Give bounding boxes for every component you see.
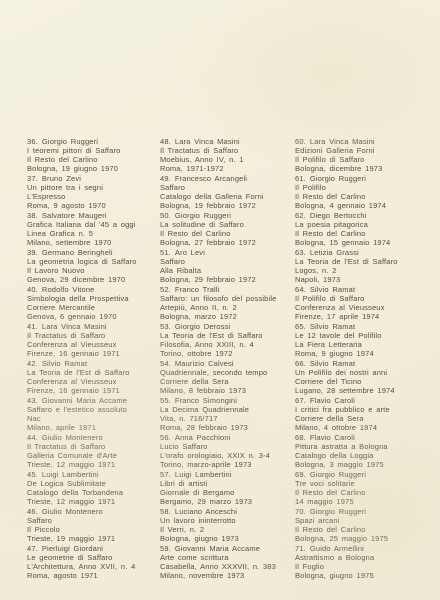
entry-author: Giovanni Maria Accame — [42, 396, 127, 405]
entry-number-author: 52.Franco Tralli — [160, 285, 294, 294]
bib-column: 60.Lara Vinca MasiniEdizioni Galleria Fo… — [295, 137, 429, 581]
bibliography-entry: 36.Giorgio RuggeriI teoremi pittori di S… — [27, 137, 161, 173]
entry-line: Un Polifilo dei nostri anni — [295, 368, 429, 377]
entry-author: Aro Levi — [175, 248, 205, 257]
entry-line: Vita, n. 716/717 — [160, 414, 294, 423]
entry-number-author: 39.Germano Beringheli — [27, 248, 161, 257]
entry-author: Luigi Lambertini — [175, 470, 232, 479]
bibliography-entry: 46.Giulio MonteneroSaffaroIl PiccoloTrie… — [27, 507, 161, 543]
bibliography-entry: 56.Anna PacchioniLucio SaffaroL'orafo or… — [160, 433, 294, 469]
entry-line: Bologna, dicembre 1973 — [295, 164, 429, 173]
entry-author: Lara Vinca Masini — [310, 137, 375, 146]
entry-number: 64. — [295, 285, 306, 294]
entry-number: 49. — [160, 174, 171, 183]
entry-number: 54. — [160, 359, 171, 368]
entry-number: 40. — [27, 285, 38, 294]
entry-number-author: 70.Giorgio Ruggeri — [295, 507, 429, 516]
entry-line: La Teoria de l'Est di Saffaro — [27, 368, 161, 377]
entry-line: De Logica Sublimitate — [27, 479, 161, 488]
entry-author: Flavio Caroli — [310, 396, 355, 405]
entry-author: Giorgio Ruggeri — [310, 470, 366, 479]
entry-number: 66. — [295, 359, 306, 368]
bibliography-entry: 57.Luigi LambertiniLibri di artistiGiorn… — [160, 470, 294, 506]
entry-line: Saffaro — [160, 257, 294, 266]
entry-number: 71. — [295, 544, 306, 553]
entry-author: Silvio Ramat — [310, 322, 355, 331]
entry-line: Bologna, 15 gennaio 1974 — [295, 238, 429, 247]
entry-author: Diego Bertocchi — [310, 211, 367, 220]
entry-line: Corriere della Sera — [295, 414, 429, 423]
entry-author: Luciano Anceschi — [175, 507, 237, 516]
entry-number: 50. — [160, 211, 171, 220]
entry-line: Roma, 9 giugno 1974 — [295, 349, 429, 358]
entry-number: 65. — [295, 322, 306, 331]
bibliography-entry: 51.Aro LeviSaffaroAlla RibaltaBologna, 2… — [160, 248, 294, 284]
entry-author: Giorgio Derossi — [175, 322, 230, 331]
entry-line: Bergamo, 29 marzo 1973 — [160, 497, 294, 506]
entry-author: Giorgio Ruggeri — [310, 174, 366, 183]
entry-number-author: 50.Giorgio Ruggeri — [160, 211, 294, 220]
entry-number-author: 45.Luigi Lambertini — [27, 470, 161, 479]
entry-line: Il Polifilo di Saffaro — [295, 294, 429, 303]
entry-line: Bologna, 25 maggio 1975 — [295, 534, 429, 543]
entry-line: Pittura astratta a Bologna — [295, 442, 429, 451]
entry-line: Saffaro: un filosofo del possibile — [160, 294, 294, 303]
entry-line: Corriere del Ticino — [295, 377, 429, 386]
entry-number: 62. — [295, 211, 306, 220]
entry-line: Grafica Italiana dal '45 a oggi — [27, 220, 161, 229]
entry-number: 44. — [27, 433, 38, 442]
entry-number: 52. — [160, 285, 171, 294]
entry-line: Torino, ottobre 1972 — [160, 349, 294, 358]
entry-number-author: 62.Diego Bertocchi — [295, 211, 429, 220]
entry-line: Milano, aprile 1971 — [27, 423, 161, 432]
entry-author: Lara Vinca Masini — [42, 322, 107, 331]
entry-line: Libri di artisti — [160, 479, 294, 488]
entry-line: Casabella, Anno XXXVII, n. 383 — [160, 562, 294, 571]
entry-line: Trieste, 19 maggio 1971 — [27, 534, 161, 543]
entry-line: I teoremi pittori di Saffaro — [27, 146, 161, 155]
bibliography-entry: 52.Franco TralliSaffaro: un filosofo del… — [160, 285, 294, 321]
bibliography-entry: 58.Luciano AnceschiUn lavoro ininterrott… — [160, 507, 294, 543]
entry-line: Il Piccolo — [27, 525, 161, 534]
bibliography-entry: 45.Luigi LambertiniDe Logica Sublimitate… — [27, 470, 161, 506]
entry-number: 69. — [295, 470, 306, 479]
entry-line: Il Lavoro Nuovo — [27, 266, 161, 275]
bibliography-entry: 55.Franco SimonginiLa Decima Quadriennal… — [160, 396, 294, 432]
entry-author: Franco Simongini — [175, 396, 237, 405]
entry-line: Saffaro — [27, 516, 161, 525]
entry-line: Alla Ribalta — [160, 266, 294, 275]
entry-line: Il Tractatus di Saffaro — [27, 331, 161, 340]
entry-line: Genova, 29 dicembre 1970 — [27, 275, 161, 284]
entry-line: Roma, 28 febbraio 1973 — [160, 423, 294, 432]
entry-line: Corriere Mercantile — [27, 303, 161, 312]
entry-line: La geometria logica di Saffaro — [27, 257, 161, 266]
entry-number: 60. — [295, 137, 306, 146]
bibliography-entry: 39.Germano BeringheliLa geometria logica… — [27, 248, 161, 284]
entry-line: Edizioni Galleria Forni — [295, 146, 429, 155]
entry-number-author: 57.Luigi Lambertini — [160, 470, 294, 479]
entry-number-author: 65.Silvio Ramat — [295, 322, 429, 331]
entry-line: Roma, 1971-1972 — [160, 164, 294, 173]
bibliography-page: 36.Giorgio RuggeriI teoremi pittori di S… — [0, 0, 440, 600]
entry-line: La Decima Quadriennale — [160, 405, 294, 414]
entry-number: 53. — [160, 322, 171, 331]
entry-line: Conferenza al Vieusseux — [295, 303, 429, 312]
bibliography-entry: 53.Giorgio DerossiLa Teoria de l'Est di … — [160, 322, 294, 358]
entry-line: Catalogo della Loggia — [295, 451, 429, 460]
entry-number: 41. — [27, 322, 38, 331]
entry-number: 48. — [160, 137, 171, 146]
entry-line: Lucio Saffaro — [160, 442, 294, 451]
entry-line: La Fiera Letteraria — [295, 340, 429, 349]
entry-author: Guido Armellini — [310, 544, 364, 553]
entry-number: 58. — [160, 507, 171, 516]
entry-author: Giulio Montenero — [42, 433, 103, 442]
entry-author: Pierluigi Giordani — [42, 544, 103, 553]
entry-line: Il Polifilo di Saffaro — [295, 155, 429, 164]
entry-line: Un lavoro ininterrotto — [160, 516, 294, 525]
entry-number-author: 41.Lara Vinca Masini — [27, 322, 161, 331]
entry-number-author: 64.Silvio Ramat — [295, 285, 429, 294]
entry-line: Quadriennale, secondo tempo — [160, 368, 294, 377]
entry-line: Astrattismo a Bologna — [295, 553, 429, 562]
entry-line: Le geometrie di Saffaro — [27, 553, 161, 562]
entry-line: Bologna, 3 maggio 1975 — [295, 460, 429, 469]
entry-line: Giornale di Bergamo — [160, 488, 294, 497]
entry-number-author: 55.Franco Simongini — [160, 396, 294, 405]
entry-number-author: 46.Giulio Montenero — [27, 507, 161, 516]
bibliography-entry: 41.Lara Vinca MasiniIl Tractatus di Saff… — [27, 322, 161, 358]
entry-number-author: 42.Silvio Ramat — [27, 359, 161, 368]
entry-line: L'Espresso — [27, 192, 161, 201]
entry-author: Flavio Caroli — [310, 433, 355, 442]
entry-line: Il Polifilo — [295, 183, 429, 192]
bib-column: 48.Lara Vinca MasiniIl Tractatus di Saff… — [160, 137, 294, 581]
entry-line: La poesia pitagorica — [295, 220, 429, 229]
entry-number: 39. — [27, 248, 38, 257]
entry-line: Milano, 8 febbraio 1973 — [160, 386, 294, 395]
entry-line: Il Resto del Carlino — [295, 525, 429, 534]
entry-author: Silvio Ramat — [310, 359, 355, 368]
entry-number-author: 54.Maurizio Calvesi — [160, 359, 294, 368]
bibliography-entry: 48.Lara Vinca MasiniIl Tractatus di Saff… — [160, 137, 294, 173]
entry-line: Artepiù, Anno II, n. 2 — [160, 303, 294, 312]
bibliography-entry: 42.Silvio RamatLa Teoria de l'Est di Saf… — [27, 359, 161, 395]
entry-number-author: 71.Guido Armellini — [295, 544, 429, 553]
entry-line: Spazi arcani — [295, 516, 429, 525]
entry-line: Catalogo della Galleria Forni — [160, 192, 294, 201]
entry-line: Simbologia della Prospettiva — [27, 294, 161, 303]
entry-author: Luigi Lambertini — [42, 470, 99, 479]
entry-line: Filosofia, Anno XXIII, n. 4 — [160, 340, 294, 349]
entry-line: Le 12 tavole del Polifilo — [295, 331, 429, 340]
bibliography-entry: 68.Flavio CaroliPittura astratta a Bolog… — [295, 433, 429, 469]
bibliography-entry: 64.Silvio RamatIl Polifilo di SaffaroCon… — [295, 285, 429, 321]
entry-number: 67. — [295, 396, 306, 405]
entry-line: Milano, novembre 1973 — [160, 571, 294, 580]
entry-line: La Teoria de l'Est di Saffaro — [295, 257, 429, 266]
entry-number-author: 36.Giorgio Ruggeri — [27, 137, 161, 146]
entry-author: Franco Tralli — [175, 285, 220, 294]
entry-line: Nac — [27, 414, 161, 423]
entry-author: Giorgio Ruggeri — [42, 137, 98, 146]
entry-author: Giovanni Maria Accame — [175, 544, 260, 553]
entry-author: Silvio Ramat — [310, 285, 355, 294]
entry-number: 61. — [295, 174, 306, 183]
entry-number-author: 43.Giovanni Maria Accame — [27, 396, 161, 405]
entry-number-author: 48.Lara Vinca Masini — [160, 137, 294, 146]
entry-number: 70. — [295, 507, 306, 516]
bibliography-entry: 44.Giulio MonteneroIl Tractatus di Saffa… — [27, 433, 161, 469]
entry-line: Il Tractatus di Saffaro — [160, 146, 294, 155]
entry-line: Bologna, marzo 1972 — [160, 312, 294, 321]
entry-line: Il Resto del Carlino — [295, 192, 429, 201]
entry-author: Giulio Montenero — [42, 507, 103, 516]
entry-line: Il Verri, n. 2 — [160, 525, 294, 534]
entry-author: Silvio Ramat — [42, 359, 87, 368]
entry-line: Bologna, giugno 1975 — [295, 571, 429, 580]
entry-line: Il Resto del Carlino — [295, 229, 429, 238]
entry-line: Genova, 6 gennaio 1970 — [27, 312, 161, 321]
entry-line: Firenze, 16 gennaio 1971 — [27, 386, 161, 395]
entry-number: 43. — [27, 396, 38, 405]
entry-line: Linea Grafica n. 5 — [27, 229, 161, 238]
entry-author: Giorgio Ruggeri — [175, 211, 231, 220]
entry-number-author: 61.Giorgio Ruggeri — [295, 174, 429, 183]
entry-line: La solitudine di Saffaro — [160, 220, 294, 229]
bibliography-entry: 49.Francesco ArcangeliSaffaroCatalogo de… — [160, 174, 294, 210]
entry-line: Bologna, 27 febbraio 1972 — [160, 238, 294, 247]
entry-number: 55. — [160, 396, 171, 405]
bibliography-entry: 69.Giorgio RuggeriTre voci solitarieIl R… — [295, 470, 429, 506]
entry-line: Il Resto del Carlino — [27, 155, 161, 164]
entry-number-author: 67.Flavio Caroli — [295, 396, 429, 405]
entry-number-author: 56.Anna Pacchioni — [160, 433, 294, 442]
entry-number-author: 63.Letizia Grassi — [295, 248, 429, 257]
entry-number-author: 66.Silvio Ramat — [295, 359, 429, 368]
entry-line: Torino, marzo-aprile 1973 — [160, 460, 294, 469]
bibliography-entry: 40.Rodolfo VitoneSimbologia della Prospe… — [27, 285, 161, 321]
bibliography-entry: 71.Guido ArmelliniAstrattismo a BolognaI… — [295, 544, 429, 580]
entry-line: Bologna, giugno 1973 — [160, 534, 294, 543]
entry-line: Moebius, Anno IV, n. 1 — [160, 155, 294, 164]
entry-author: Anna Pacchioni — [175, 433, 231, 442]
entry-number-author: 40.Rodolfo Vitone — [27, 285, 161, 294]
entry-line: Milano, settembre 1970 — [27, 238, 161, 247]
entry-number: 38. — [27, 211, 38, 220]
entry-line: Corriere della Sera — [160, 377, 294, 386]
entry-number-author: 37.Bruno Zevi — [27, 174, 161, 183]
entry-line: 14 maggio 1975 — [295, 497, 429, 506]
bibliography-entry: 47.Pierluigi GiordaniLe geometrie di Saf… — [27, 544, 161, 580]
entry-line: Il Resto del Carlino — [160, 229, 294, 238]
entry-author: Salvatore Maugeri — [42, 211, 107, 220]
bibliography-entry: 67.Flavio CaroliI critici fra pubblico e… — [295, 396, 429, 432]
entry-line: Trieste, 12 maggio 1971 — [27, 460, 161, 469]
entry-line: Firenze, 17 aprile 1974 — [295, 312, 429, 321]
bibliography-entry: 63.Letizia GrassiLa Teoria de l'Est di S… — [295, 248, 429, 284]
bibliography-entry: 54.Maurizio CalvesiQuadriennale, secondo… — [160, 359, 294, 395]
entry-number-author: 53.Giorgio Derossi — [160, 322, 294, 331]
entry-line: Logos, n. 2 — [295, 266, 429, 275]
entry-number-author: 44.Giulio Montenero — [27, 433, 161, 442]
entry-line: L'orafo orologiaio, XXIX n. 3-4 — [160, 451, 294, 460]
entry-line: Napoli, 1973 — [295, 275, 429, 284]
entry-number-author: 69.Giorgio Ruggeri — [295, 470, 429, 479]
bibliography-entry: 50.Giorgio RuggeriLa solitudine di Saffa… — [160, 211, 294, 247]
entry-line: Firenze, 16 gennaio 1971 — [27, 349, 161, 358]
entry-author: Bruno Zevi — [42, 174, 81, 183]
entry-number: 56. — [160, 433, 171, 442]
bibliography-entry: 43.Giovanni Maria AccameSaffaro e l'este… — [27, 396, 161, 432]
bibliography-entry: 62.Diego BertocchiLa poesia pitagoricaIl… — [295, 211, 429, 247]
entry-author: Lara Vinca Masini — [175, 137, 240, 146]
entry-number-author: 60.Lara Vinca Masini — [295, 137, 429, 146]
entry-author: Letizia Grassi — [310, 248, 359, 257]
bibliography-entry: 70.Giorgio RuggeriSpazi arcaniIl Resto d… — [295, 507, 429, 543]
entry-line: Lugano, 28 settembre 1974 — [295, 386, 429, 395]
entry-number: 47. — [27, 544, 38, 553]
entry-line: Tre voci solitarie — [295, 479, 429, 488]
entry-number: 37. — [27, 174, 38, 183]
entry-line: Bologna, 19 febbraio 1972 — [160, 201, 294, 210]
entry-line: Catalogo della Torbandena — [27, 488, 161, 497]
entry-number-author: 51.Aro Levi — [160, 248, 294, 257]
entry-line: Conferenza al Vieusseux — [27, 340, 161, 349]
entry-line: La Teoria de l'Est di Saffaro — [160, 331, 294, 340]
entry-line: I critici fra pubblico e arte — [295, 405, 429, 414]
entry-line: Bologna, 4 gennaio 1974 — [295, 201, 429, 210]
entry-line: Il Tractatus di Saffaro — [27, 442, 161, 451]
entry-line: Saffaro — [160, 183, 294, 192]
entry-number: 45. — [27, 470, 38, 479]
entry-line: Galleria Comunale d'Arte — [27, 451, 161, 460]
entry-number-author: 49.Francesco Arcangeli — [160, 174, 294, 183]
entry-line: Milano, 4 ottobre 1974 — [295, 423, 429, 432]
entry-line: Conferenza al Vieusseux — [27, 377, 161, 386]
entry-number: 51. — [160, 248, 171, 257]
entry-line: L'Architettura, Anno XVII, n. 4 — [27, 562, 161, 571]
entry-number: 42. — [27, 359, 38, 368]
entry-line: Arte come scrittura — [160, 553, 294, 562]
entry-author: Rodolfo Vitone — [42, 285, 95, 294]
entry-number: 46. — [27, 507, 38, 516]
bibliography-entry: 60.Lara Vinca MasiniEdizioni Galleria Fo… — [295, 137, 429, 173]
entry-line: Il Foglio — [295, 562, 429, 571]
entry-author: Francesco Arcangeli — [175, 174, 247, 183]
bibliography-entry: 61.Giorgio RuggeriIl PolifiloIl Resto de… — [295, 174, 429, 210]
entry-author: Giorgio Ruggeri — [310, 507, 366, 516]
entry-line: Il Resto del Carlino — [295, 488, 429, 497]
entry-line: Bologna, 19 giugno 1970 — [27, 164, 161, 173]
entry-line: Roma, agosto 1971 — [27, 571, 161, 580]
bibliography-entry: 59.Giovanni Maria AccameArte come scritt… — [160, 544, 294, 580]
entry-line: Trieste, 12 maggio 1971 — [27, 497, 161, 506]
entry-line: Bologna, 29 febbraio 1972 — [160, 275, 294, 284]
bib-column: 36.Giorgio RuggeriI teoremi pittori di S… — [27, 137, 161, 581]
entry-number-author: 47.Pierluigi Giordani — [27, 544, 161, 553]
entry-line: Un pittore tra i segni — [27, 183, 161, 192]
entry-number-author: 59.Giovanni Maria Accame — [160, 544, 294, 553]
entry-author: Maurizio Calvesi — [175, 359, 234, 368]
entry-number: 57. — [160, 470, 171, 479]
entry-author: Germano Beringheli — [42, 248, 113, 257]
entry-line: Roma, 9 agosto 1970 — [27, 201, 161, 210]
bibliography-entry: 37.Bruno ZeviUn pittore tra i segniL'Esp… — [27, 174, 161, 210]
entry-number: 68. — [295, 433, 306, 442]
entry-number: 63. — [295, 248, 306, 257]
entry-number: 59. — [160, 544, 171, 553]
entry-number-author: 38.Salvatore Maugeri — [27, 211, 161, 220]
bibliography-entry: 65.Silvio RamatLe 12 tavole del Polifilo… — [295, 322, 429, 358]
entry-line: Saffaro e l'estetico assoluto — [27, 405, 161, 414]
bibliography-entry: 66.Silvio RamatUn Polifilo dei nostri an… — [295, 359, 429, 395]
entry-number: 36. — [27, 137, 38, 146]
entry-number-author: 58.Luciano Anceschi — [160, 507, 294, 516]
bibliography-entry: 38.Salvatore MaugeriGrafica Italiana dal… — [27, 211, 161, 247]
entry-number-author: 68.Flavio Caroli — [295, 433, 429, 442]
